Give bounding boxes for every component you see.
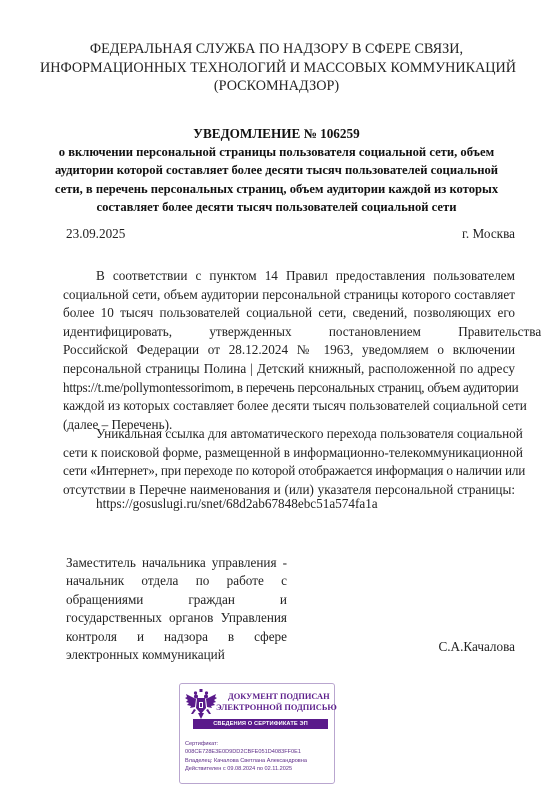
paragraph-line: идентифицировать, утвержденных постановл…: [63, 323, 515, 342]
notice-date: 23.09.2025: [66, 226, 125, 242]
signer-position-line: контроля и надзора в сфере: [66, 628, 287, 646]
paragraph-line: Уникальная ссылка для автоматического пе…: [63, 425, 515, 444]
paragraph-line: персональной страницы Полина | Детский к…: [63, 360, 515, 379]
signer-position-line: начальник отдела по работе с: [66, 572, 287, 590]
notice-title: УВЕДОМЛЕНИЕ № 106259 о включении персона…: [45, 125, 508, 216]
certificate-id: 008CE728E3E0D9DD2CBFE051D4083FF0E1: [185, 748, 333, 756]
certificate-validity: Действителен с 09.08.2024 по 02.11.2025: [185, 765, 333, 773]
agency-line: ИНФОРМАЦИОННЫХ ТЕХНОЛОГИЙ И МАССОВЫХ КОМ…: [40, 59, 513, 78]
electronic-signature-stamp: ДОКУМЕНТ ПОДПИСАН ЭЛЕКТРОННОЙ ПОДПИСЬЮ С…: [179, 683, 335, 784]
signer-position-line: электронных коммуникаций: [66, 646, 287, 664]
paragraph-line: В соответствии с пунктом 14 Правил предо…: [63, 267, 515, 286]
agency-line: ФЕДЕРАЛЬНАЯ СЛУЖБА ПО НАДЗОРУ В СФЕРЕ СВ…: [40, 40, 513, 59]
double-headed-eagle-icon: [184, 688, 218, 722]
notice-city: г. Москва: [462, 226, 515, 242]
paragraph-line: Российской Федерации от 28.12.2024 № 196…: [63, 341, 515, 360]
paragraph-line: каждой из которых составляет более десят…: [63, 397, 515, 416]
notice-subject-line: составляет более десяти тысяч пользовате…: [45, 198, 508, 216]
notice-number: УВЕДОМЛЕНИЕ № 106259: [45, 125, 508, 143]
certificate-label: Сертификат:: [185, 740, 333, 748]
signer-position: Заместитель начальника управления - нача…: [66, 554, 287, 664]
signer-position-line: Заместитель начальника управления -: [66, 554, 287, 572]
signer-position-line: обращениями граждан и: [66, 591, 287, 609]
body-paragraph-1: В соответствии с пунктом 14 Правил предо…: [63, 267, 515, 434]
paragraph-line: социальной сети, объем аудитории персона…: [63, 286, 515, 305]
document-page: ФЕДЕРАЛЬНАЯ СЛУЖБА ПО НАДЗОРУ В СФЕРЕ СВ…: [0, 0, 553, 800]
gosuslugi-check-link[interactable]: https://gosuslugi.ru/snet/68d2ab67848ebc…: [96, 496, 378, 512]
paragraph-line-with-page-url: https://t.me/pollymontessorimom, в переч…: [63, 379, 515, 398]
agency-line: (РОСКОМНАДЗОР): [40, 77, 513, 96]
stamp-heading: ДОКУМЕНТ ПОДПИСАН ЭЛЕКТРОННОЙ ПОДПИСЬЮ: [216, 692, 334, 713]
body-paragraph-2: Уникальная ссылка для автоматического пе…: [63, 425, 515, 499]
certificate-details: Сертификат: 008CE728E3E0D9DD2CBFE051D408…: [185, 740, 333, 774]
notice-subject-line: о включении персональной страницы пользо…: [45, 143, 508, 161]
stamp-heading-line: ЭЛЕКТРОННОЙ ПОДПИСЬЮ: [216, 703, 334, 714]
paragraph-line: сети к поисковой форме, размещенной в ин…: [63, 444, 515, 463]
signer-position-line: государственных органов Управления: [66, 609, 287, 627]
notice-subject-line: сети, в перечень персональных страниц, о…: [45, 180, 508, 198]
agency-header: ФЕДЕРАЛЬНАЯ СЛУЖБА ПО НАДЗОРУ В СФЕРЕ СВ…: [40, 40, 513, 96]
signer-name: С.А.Качалова: [438, 639, 515, 655]
notice-subject-line: аудитории которой составляет более десят…: [45, 161, 508, 179]
stamp-heading-line: ДОКУМЕНТ ПОДПИСАН: [216, 692, 334, 703]
certificate-info-bar: СВЕДЕНИЯ О СЕРТИФИКАТЕ ЭП: [193, 719, 328, 729]
paragraph-line: более 10 тысяч пользователей социальной …: [63, 304, 515, 323]
paragraph-line: сети «Интернет», при переходе по которой…: [63, 462, 515, 481]
certificate-owner: Владелец: Качалова Светлана Александровн…: [185, 757, 333, 765]
